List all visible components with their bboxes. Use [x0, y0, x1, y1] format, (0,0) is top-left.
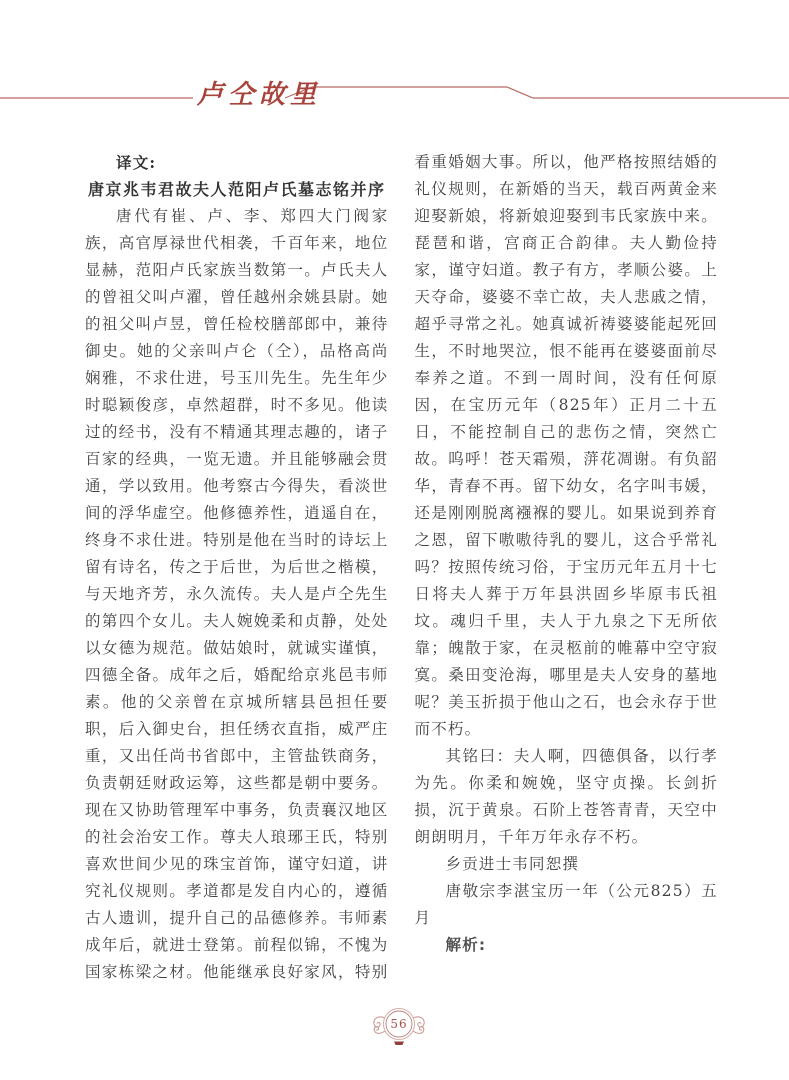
translation-label: 译文: [85, 149, 389, 176]
page-number: 56 [384, 1016, 414, 1032]
analysis-label: 解析: [415, 932, 719, 959]
document-body: 译文: 唐京兆韦君故夫人范阳卢氏墓志铭并序 唐代有崔、卢、李、郑四大门阀家族，高… [85, 149, 718, 990]
byline-date: 唐敬宗李湛宝历一年（公元825）五月 [415, 878, 719, 932]
section-title: 卢仝故里 [197, 78, 317, 112]
byline-author: 乡贡进士韦同恕撰 [415, 851, 719, 878]
book-page: 卢仝故里 译文: 唐京兆韦君故夫人范阳卢氏墓志铭并序 唐代有崔、卢、李、郑四大门… [0, 0, 789, 1080]
document-title: 唐京兆韦君故夫人范阳卢氏墓志铭并序 [85, 176, 389, 203]
page-number-ornament: 56 [368, 1002, 430, 1050]
inscription-paragraph: 其铭曰：夫人啊，四德俱备，以行孝为先。你柔和婉娩，坚守贞操。长剑折损，沉于黄泉。… [415, 743, 719, 851]
header-rule-divider [0, 0, 789, 130]
